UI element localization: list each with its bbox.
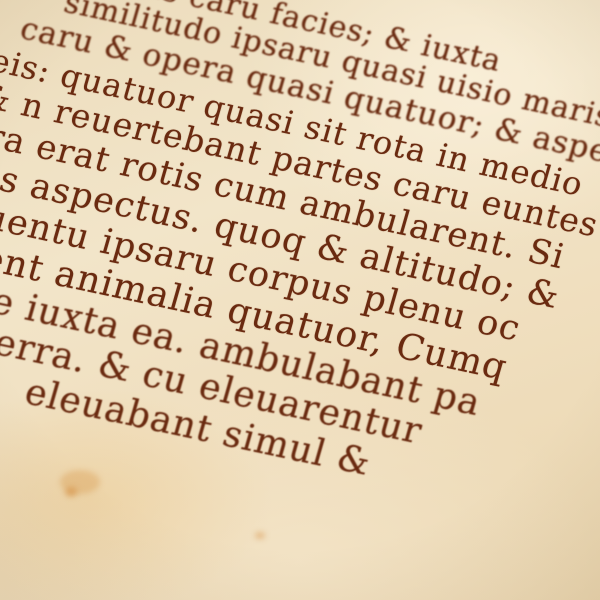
- parchment-stain: [65, 487, 77, 497]
- manuscript-photo: ...us caru facies; & iuxta similitudo ip…: [0, 0, 600, 600]
- manuscript-text: ...us caru facies; & iuxta similitudo ip…: [0, 0, 600, 157]
- parchment-stain: [255, 532, 265, 539]
